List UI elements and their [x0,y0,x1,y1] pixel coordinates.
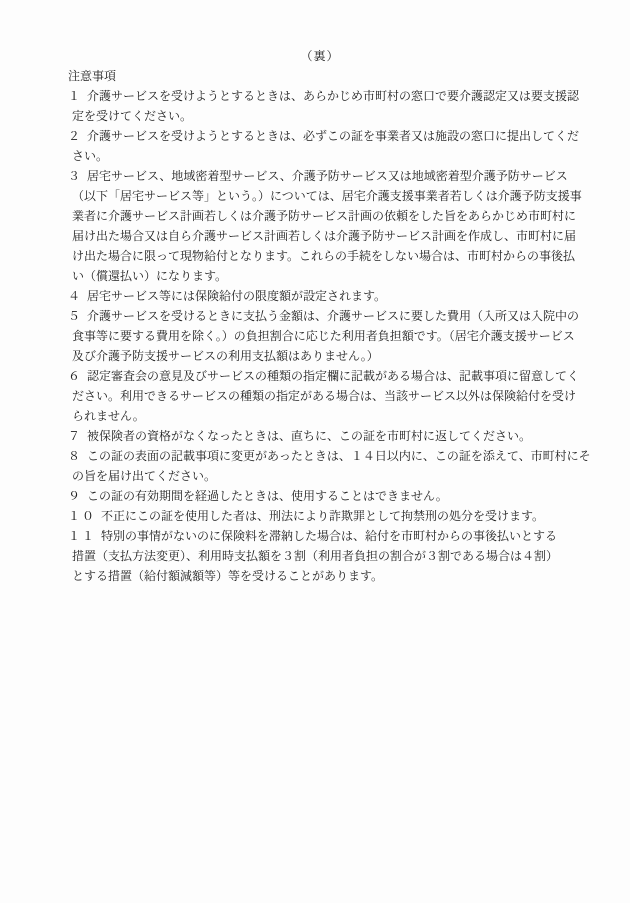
note-text: 居宅サービス、地域密着型サービス、介護予防サービス又は地域密着型介護予防サービス [87,169,568,183]
note-number: ７ [68,426,82,446]
note-continuation-line: い（償還払い）になります。 [68,266,572,286]
notes-heading: 注意事項 [68,66,572,86]
document-page: （裏） 注意事項 １介護サービスを受けようとするときは、あらかじめ市町村の窓口で… [0,0,630,903]
note-first-line: ５介護サービスを受けるときに支払う金額は、介護サービスに要した費用（入所又は入院… [68,306,572,326]
note-continuation-line: 措置（支払方法変更）、利用時支払額を３割（利用者負担の割合が３割である場合は４割… [68,546,572,566]
note-continuation-line: さい。 [68,146,572,166]
note-number: ５ [68,306,82,326]
note-item: ７被保険者の資格がなくなったときは、直ちに、この証を市町村に返してください。 [68,426,572,446]
note-text: この証の表面の記載事項に変更があったときは、１４日以内に、この証を添えて、市町村… [87,449,591,463]
note-first-line: ９この証の有効期間を経過したときは、使用することはできません。 [68,486,572,506]
note-first-line: １０不正にこの証を使用した者は、刑法により詐欺罪として拘禁刑の処分を受けます。 [68,506,572,526]
note-text: 介護サービスを受けようとするときは、必ずこの証を事業者又は施設の窓口に提出してく… [87,129,579,143]
note-continuation-line: 定を受けてください。 [68,106,572,126]
note-text: 不正にこの証を使用した者は、刑法により詐欺罪として拘禁刑の処分を受けます。 [101,509,544,523]
note-text: 被保険者の資格がなくなったときは、直ちに、この証を市町村に返してください。 [87,429,531,443]
note-continuation-line: られません。 [68,406,572,426]
note-item: １１特別の事情がないのに保険料を滞納した場合は、給付を市町村からの事後払いとする… [68,526,572,586]
note-item: ３居宅サービス、地域密着型サービス、介護予防サービス又は地域密着型介護予防サービ… [68,166,572,286]
note-continuation-line: 及び介護予防支援サービスの利用支払額はありません。） [68,346,572,366]
note-number: ２ [68,126,82,146]
note-continuation-line: （以下「居宅サービス等」という。）については、居宅介護支援事業者若しくは介護予防… [68,186,572,206]
note-continuation-line: とする措置（給付額減額等）等を受けることがあります。 [68,566,572,586]
note-first-line: ７被保険者の資格がなくなったときは、直ちに、この証を市町村に返してください。 [68,426,572,446]
note-item: ８この証の表面の記載事項に変更があったときは、１４日以内に、この証を添えて、市町… [68,446,572,486]
note-item: ６認定審査会の意見及びサービスの種類の指定欄に記載がある場合は、記載事項に留意し… [68,366,572,426]
note-number: １０ [68,506,96,526]
note-continuation-line: ださい。利用できるサービスの種類の指定がある場合は、当該サービス以外は保険給付を… [68,386,572,406]
note-item: １０不正にこの証を使用した者は、刑法により詐欺罪として拘禁刑の処分を受けます。 [68,506,572,526]
note-first-line: ６認定審査会の意見及びサービスの種類の指定欄に記載がある場合は、記載事項に留意し… [68,366,572,386]
note-continuation-line: 業者に介護サービス計画若しくは介護予防サービス計画の依頼をした旨をあらかじめ市町… [68,206,572,226]
notes-list: １介護サービスを受けようとするときは、あらかじめ市町村の窓口で要介護認定又は要支… [68,86,572,586]
note-item: ４居宅サービス等には保険給付の限度額が設定されます。 [68,286,572,306]
note-continuation-line: 食事等に要する費用を除く。）の負担割合に応じた利用者負担額です。（居宅介護支援サ… [68,326,572,346]
note-text: 認定審査会の意見及びサービスの種類の指定欄に記載がある場合は、記載事項に留意して… [87,369,579,383]
note-continuation-line: け出た場合に限って現物給付となります。これらの手続をしない場合は、市町村からの事… [68,246,572,266]
note-first-line: １介護サービスを受けようとするときは、あらかじめ市町村の窓口で要介護認定又は要支… [68,86,572,106]
note-number: １１ [68,526,96,546]
note-item: １介護サービスを受けようとするときは、あらかじめ市町村の窓口で要介護認定又は要支… [68,86,572,126]
note-first-line: ２介護サービスを受けようとするときは、必ずこの証を事業者又は施設の窓口に提出して… [68,126,572,146]
note-first-line: ８この証の表面の記載事項に変更があったときは、１４日以内に、この証を添えて、市町… [68,446,572,466]
note-continuation-line: 届け出た場合又は自ら介護サービス計画若しくは介護予防サービス計画を作成し、市町村… [68,226,572,246]
note-item: ２介護サービスを受けようとするときは、必ずこの証を事業者又は施設の窓口に提出して… [68,126,572,166]
note-text: この証の有効期間を経過したときは、使用することはできません。 [87,489,448,503]
note-text: 介護サービスを受けるときに支払う金額は、介護サービスに要した費用（入所又は入院中… [87,309,579,323]
page-title: （裏） [68,46,572,66]
note-text: 特別の事情がないのに保険料を滞納した場合は、給付を市町村からの事後払いとする [101,529,557,543]
note-continuation-line: の旨を届け出てください。 [68,466,572,486]
note-item: ５介護サービスを受けるときに支払う金額は、介護サービスに要した費用（入所又は入院… [68,306,572,366]
note-number: ６ [68,366,82,386]
note-text: 居宅サービス等には保険給付の限度額が設定されます。 [87,289,386,303]
note-number: １ [68,86,82,106]
note-first-line: ４居宅サービス等には保険給付の限度額が設定されます。 [68,286,572,306]
note-number: ９ [68,486,82,506]
note-number: ４ [68,286,82,306]
note-item: ９この証の有効期間を経過したときは、使用することはできません。 [68,486,572,506]
note-number: ３ [68,166,82,186]
note-text: 介護サービスを受けようとするときは、あらかじめ市町村の窓口で要介護認定又は要支援… [87,89,579,103]
note-first-line: ３居宅サービス、地域密着型サービス、介護予防サービス又は地域密着型介護予防サービ… [68,166,572,186]
note-first-line: １１特別の事情がないのに保険料を滞納した場合は、給付を市町村からの事後払いとする [68,526,572,546]
note-number: ８ [68,446,82,466]
